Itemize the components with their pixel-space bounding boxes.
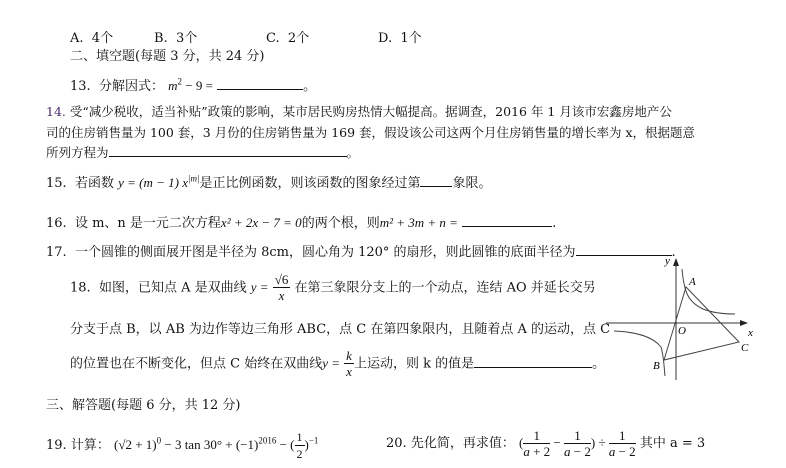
option-d: D. 1个 — [378, 27, 422, 46]
section2-title: 二、填空题(每题 3 分，共 24 分) — [70, 45, 265, 64]
question-20: 20. 先化简，再求值： (1a + 2 − 1a − 2) ÷ 1a − 2 … — [386, 428, 705, 460]
question-18-line3: 的位置也在不断变化，但点 C 始终在双曲线y = kx上运动，则 k 的值是。 — [70, 348, 605, 380]
question-14-line3: 所列方程为。 — [46, 143, 359, 161]
section3-title: 三、解答题(每题 6 分，共 12 分) — [46, 394, 241, 413]
label-y: y — [664, 255, 670, 267]
fraction-k-over-x: kx — [344, 348, 354, 380]
question-18-line1: 18. 如图，已知点 A 是双曲线 y = √6x 在第三象限分支上的一个动点，… — [70, 272, 596, 304]
x-axis-arrow-icon — [740, 320, 748, 326]
expression-20: (1a + 2 − 1a − 2) ÷ 1a − 2 — [519, 435, 636, 450]
answer-blank-15[interactable] — [420, 174, 452, 187]
option-c: C. 2个 — [266, 27, 309, 46]
answer-blank-13[interactable] — [217, 77, 303, 90]
option-a: A. 4个 — [70, 27, 113, 46]
label-c: C — [741, 342, 749, 354]
question-16: 16. 设 m、n 是一元二次方程x² + 2x − 7 = 0的两个根，则m²… — [46, 212, 556, 231]
label-a: A — [688, 276, 696, 288]
question-19: 19. 计算： (√2 + 1)0 − 3 tan 30° + (−1)2016… — [46, 430, 318, 462]
question-14-line1: 14. 受“减少税收，适当补贴”政策的影响，某市居民购房热情大幅提高。据调查，2… — [46, 102, 672, 120]
answer-blank-16[interactable] — [462, 214, 552, 227]
expression-19: (√2 + 1)0 − 3 tan 30° + (−1)2016 − (12)−… — [114, 437, 318, 452]
answer-blank-18[interactable] — [474, 355, 592, 368]
fraction-sqrt6-over-x: √6x — [273, 272, 291, 304]
label-b: B — [653, 360, 660, 372]
hyperbola-triangle-figure: y x O A B C — [598, 252, 784, 380]
question-14-line2: 司的住房销售量为 100 套，3 月份的住房销售量为 169 套，假设该公司这两… — [46, 123, 695, 141]
question-13: 13. 分解因式： m2 − 9 = 。 — [70, 75, 316, 94]
question-15: 15. 若函数 y = (m − 1) x|m|是正比例函数，则该函数的图象经过… — [46, 172, 491, 191]
question-17: 17. 一个圆锥的侧面展开图是半径为 8cm，圆心角为 120° 的扇形，则此圆… — [46, 241, 676, 260]
answer-blank-14[interactable] — [109, 144, 347, 157]
y-axis-arrow-icon — [673, 258, 679, 266]
label-o: O — [678, 325, 686, 337]
label-x: x — [747, 327, 753, 339]
question-18-line2: 分支于点 B，以 AB 为边作等边三角形 ABC，点 C 在第四象限内，且随着点… — [70, 318, 610, 337]
option-b: B. 3个 — [154, 27, 197, 46]
